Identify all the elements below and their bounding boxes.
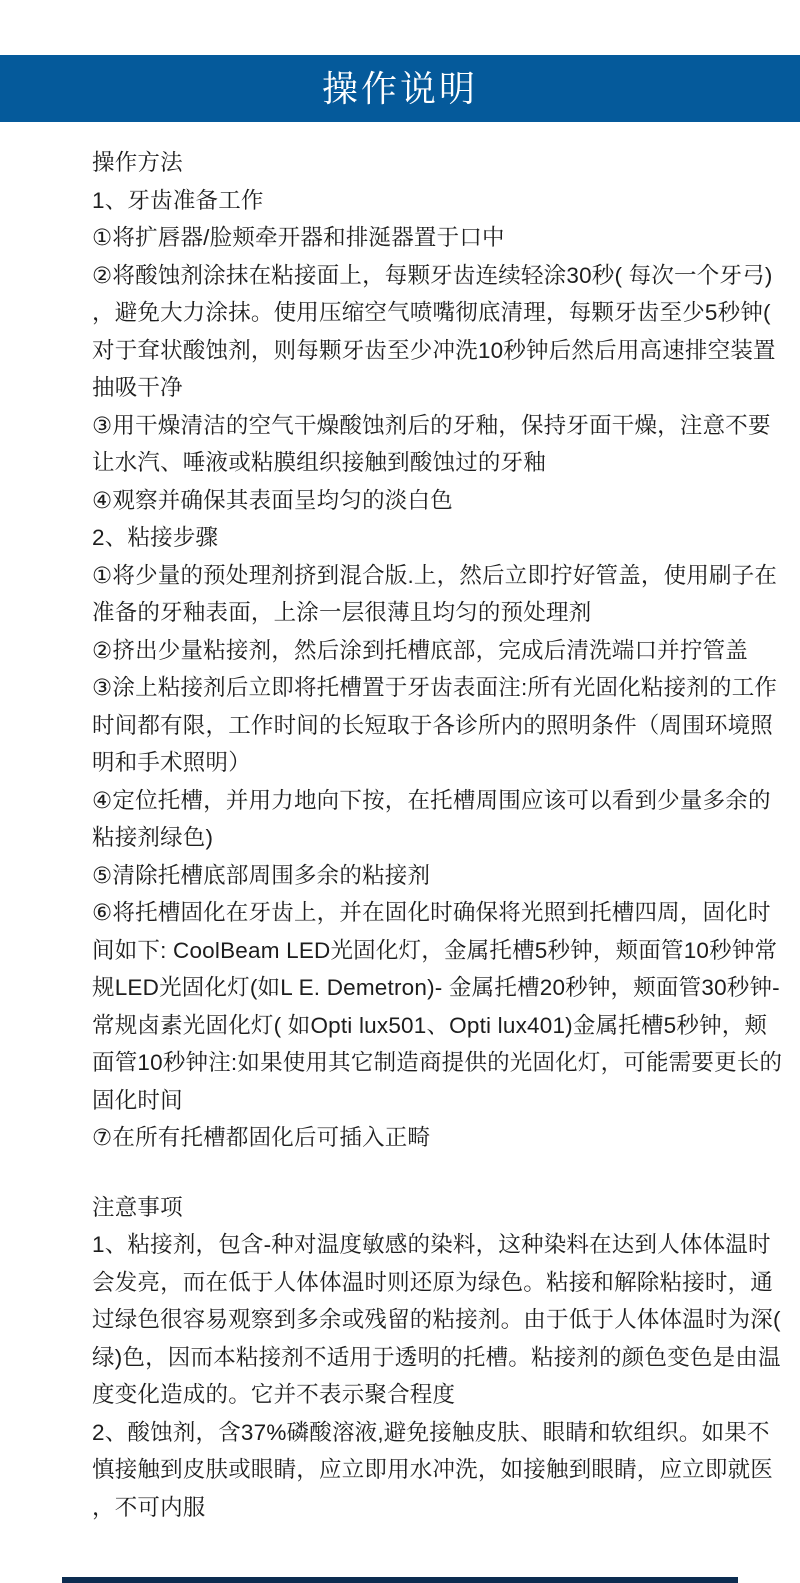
text-line: 度变化造成的。它并不表示聚合程度 bbox=[92, 1376, 732, 1414]
text-line: ④定位托槽，并用力地向下按，在托槽周围应该可以看到少量多余的 bbox=[92, 782, 732, 820]
text-line: ④观察并确保其表面呈均匀的淡白色 bbox=[92, 482, 732, 520]
text-line: 时间都有限，工作时间的长短取于各诊所内的照明条件（周围环境照 bbox=[92, 707, 732, 745]
text-line: ，避免大力涂抹。使用压缩空气喷嘴彻底清理，每颗牙齿至少5秒钟( bbox=[92, 294, 732, 332]
text-line: 慎接触到皮肤或眼睛，应立即用水冲洗，如接触到眼睛，应立即就医 bbox=[92, 1451, 732, 1489]
text-line: 过绿色很容易观察到多余或残留的粘接剂。由于低于人体体温时为深( bbox=[92, 1301, 732, 1339]
text-line: 让水汽、唾液或粘膜组织接触到酸蚀过的牙釉 bbox=[92, 444, 732, 482]
section-heading-precautions: 注意事项 bbox=[92, 1189, 732, 1227]
content-area: 操作方法 1、牙齿准备工作①将扩唇器/脸颊牵开器和排涎器置于口中②将酸蚀剂涂抹在… bbox=[92, 144, 732, 1526]
text-line: ①将扩唇器/脸颊牵开器和排涎器置于口中 bbox=[92, 219, 732, 257]
text-line: 绿)色，因而本粘接剂不适用于透明的托槽。粘接剂的颜色变色是由温 bbox=[92, 1339, 732, 1377]
page-title: 操作说明 bbox=[322, 71, 478, 107]
text-line: ⑦在所有托槽都固化后可插入正畸 bbox=[92, 1119, 732, 1157]
text-line: ，不可内服 bbox=[92, 1489, 732, 1527]
page-header: 操作说明 bbox=[0, 55, 800, 122]
text-line: ①将少量的预处理剂挤到混合版.上，然后立即拧好管盖，使用刷子在 bbox=[92, 557, 732, 595]
text-line: 规LED光固化灯(如L E. Demetron)- 金属托槽20秒钟，颊面管30… bbox=[92, 969, 732, 1007]
text-line: ⑥将托槽固化在牙齿上，并在固化时确保将光照到托槽四周，固化时 bbox=[92, 894, 732, 932]
text-line: 1、粘接剂，包含-种对温度敏感的染料，这种染料在达到人体体温时 bbox=[92, 1226, 732, 1264]
text-line: 常规卤素光固化灯( 如Opti lux501、Opti lux401)金属托槽5… bbox=[92, 1007, 732, 1045]
footer-bar bbox=[62, 1577, 738, 1583]
text-line: 明和手术照明） bbox=[92, 744, 732, 782]
section-precautions: 注意事项 1、粘接剂，包含-种对温度敏感的染料，这种染料在达到人体体温时会发亮，… bbox=[92, 1189, 732, 1527]
text-line: 1、牙齿准备工作 bbox=[92, 182, 732, 220]
text-line: 间如下: CoolBeam LED光固化灯，金属托槽5秒钟，颊面管10秒钟常 bbox=[92, 932, 732, 970]
operation-method-lines: 1、牙齿准备工作①将扩唇器/脸颊牵开器和排涎器置于口中②将酸蚀剂涂抹在粘接面上，… bbox=[92, 182, 732, 1157]
instructions-page: 操作说明 操作方法 1、牙齿准备工作①将扩唇器/脸颊牵开器和排涎器置于口中②将酸… bbox=[0, 0, 800, 1583]
text-line: 2、粘接步骤 bbox=[92, 519, 732, 557]
text-line: ③用干燥清洁的空气干燥酸蚀剂后的牙釉，保持牙面干燥，注意不要 bbox=[92, 407, 732, 445]
section-gap bbox=[92, 1157, 732, 1189]
section-operation-method: 操作方法 1、牙齿准备工作①将扩唇器/脸颊牵开器和排涎器置于口中②将酸蚀剂涂抹在… bbox=[92, 144, 732, 1157]
text-line: ⑤清除托槽底部周围多余的粘接剂 bbox=[92, 857, 732, 895]
section-heading-operation-method: 操作方法 bbox=[92, 144, 732, 182]
text-line: ②将酸蚀剂涂抹在粘接面上，每颗牙齿连续轻涂30秒( 每次一个牙弓) bbox=[92, 257, 732, 295]
text-line: 准备的牙釉表面，上涂一层很薄且均匀的预处理剂 bbox=[92, 594, 732, 632]
text-line: 固化时间 bbox=[92, 1082, 732, 1120]
text-line: ③涂上粘接剂后立即将托槽置于牙齿表面注:所有光固化粘接剂的工作 bbox=[92, 669, 732, 707]
text-line: 抽吸干净 bbox=[92, 369, 732, 407]
text-line: 面管10秒钟注:如果使用其它制造商提供的光固化灯，可能需要更长的 bbox=[92, 1044, 732, 1082]
text-line: 2、酸蚀剂，含37%磷酸溶液,避免接触皮肤、眼睛和软组织。如果不 bbox=[92, 1414, 732, 1452]
text-line: 粘接剂绿色) bbox=[92, 819, 732, 857]
text-line: 会发亮，而在低于人体体温时则还原为绿色。粘接和解除粘接时，通 bbox=[92, 1264, 732, 1302]
text-line: 对于耷状酸蚀剂，则每颗牙齿至少冲洗10秒钟后然后用高速排空装置 bbox=[92, 332, 732, 370]
precautions-lines: 1、粘接剂，包含-种对温度敏感的染料，这种染料在达到人体体温时会发亮，而在低于人… bbox=[92, 1226, 732, 1526]
text-line: ②挤出少量粘接剂，然后涂到托槽底部，完成后清洗端口并拧管盖 bbox=[92, 632, 732, 670]
